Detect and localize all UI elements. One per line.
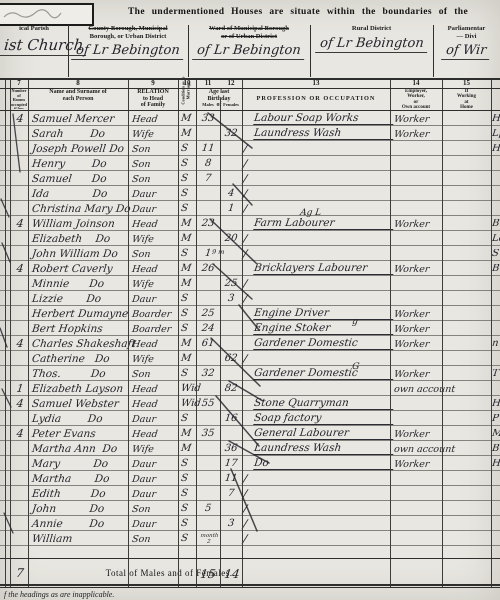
cell-relation: Head (131, 115, 176, 125)
cell-age-female: 11 (221, 474, 240, 484)
cell-condition: M (180, 114, 195, 124)
table-row: 4Charles ShakeshaftHeadM61Gardener Domes… (0, 335, 500, 351)
cell-birthplace-fragment: S (491, 249, 500, 259)
cell-name: Sarah Do (31, 129, 128, 140)
table-row: Mary DoDaurS17DoWorkerH (0, 455, 500, 471)
cell-relation: Boarder (131, 310, 176, 320)
cell-condition: M (180, 429, 195, 439)
cell-condition: S (180, 159, 195, 169)
cell-name: Minnie Do (31, 279, 128, 290)
cell-age-female: 1 (221, 204, 240, 214)
cell-birthplace-fragment: H (491, 114, 500, 124)
cell-birthplace-fragment: B (491, 444, 500, 454)
cell-condition: S (180, 504, 195, 514)
cell-condition: S (180, 189, 195, 199)
cell-employment: Worker (393, 220, 454, 230)
cell-age-male: 32 (197, 369, 218, 379)
cell-relation: Wife (131, 445, 176, 455)
cell-relation: Wife (131, 280, 176, 290)
cell-age-male-months: month 2 (196, 534, 221, 545)
cell-relation: Wife (131, 235, 176, 245)
no-occupation-slash: ∕ (242, 248, 253, 260)
cell-age-male: 8 (197, 159, 218, 169)
cell-employment: Worker (393, 430, 454, 440)
cell-condition: M (180, 279, 195, 289)
cell-occupation: Laundress Wash (253, 443, 394, 455)
cell-relation: Son (131, 370, 176, 380)
cell-age-female: 82 (221, 384, 240, 394)
cell-name: Elizabeth Layson (31, 384, 128, 395)
grid-vline (28, 78, 29, 587)
cell-condition: S (180, 294, 195, 304)
cell-condition: Wid (180, 399, 195, 409)
cell-condition: S (180, 309, 195, 319)
cell-birthplace-fragment: T (491, 369, 500, 379)
cell-name: Thos. Do (31, 369, 128, 380)
cell-name: Mary Do (31, 459, 128, 470)
cell-age-female: 32 (221, 129, 240, 139)
cell-occupation: Soap factory (253, 413, 394, 425)
cell-condition: M (180, 219, 195, 229)
cell-condition: M (180, 354, 195, 364)
cell-condition: S (180, 204, 195, 214)
cell-employment: Worker (393, 460, 454, 470)
cell-condition: S (180, 249, 195, 259)
cell-condition: S (180, 534, 195, 544)
cell-rooms: 4 (11, 398, 28, 409)
cell-birthplace-fragment: H (491, 144, 500, 154)
cell-employment: Worker (393, 370, 454, 380)
cell-occupation: Labour Soap Works (253, 113, 394, 125)
cell-name: Samuel Webster (31, 399, 128, 410)
no-occupation-slash: ∕ (242, 518, 253, 530)
cell-employment: Worker (393, 130, 454, 140)
grid-hline (0, 78, 500, 80)
cell-birthplace-fragment: B (491, 219, 500, 229)
cell-condition: M (180, 234, 195, 244)
cell-occupation: Do (253, 458, 394, 470)
cell-age-male: 5 (197, 504, 218, 514)
totals-females: 14 (221, 568, 242, 580)
no-occupation-slash: ∕ (242, 233, 253, 245)
cell-rooms: 1 (11, 383, 28, 394)
occupation-annotation: G (351, 363, 359, 372)
table-row: Samuel DoSonS7∕ (0, 170, 500, 186)
cell-occupation: Farm Labourer (253, 218, 394, 230)
cell-relation: Daur (131, 490, 176, 500)
cell-age-male: 33 (197, 114, 218, 124)
cell-relation: Daur (131, 475, 176, 485)
cell-occupation: Bricklayers Labourer (253, 263, 394, 275)
table-row: 4Peter EvansHeadM35General LabourerWorke… (0, 425, 500, 441)
table-row: Martha Ann DoWifeM36Laundress Washown ac… (0, 440, 500, 456)
cell-condition: M (180, 339, 195, 349)
cell-name: Peter Evans (31, 429, 128, 440)
cell-condition: S (180, 369, 195, 379)
totals-males: 15 (195, 568, 220, 580)
cell-relation: Daur (131, 460, 176, 470)
cell-employment: Worker (393, 265, 454, 275)
grid-vline (5, 78, 6, 587)
totals-rooms: 7 (11, 567, 28, 579)
cell-birthplace-fragment: M (491, 429, 500, 439)
cell-age-female: 7 (221, 489, 240, 499)
cell-occupation: Gardener Domestic (253, 368, 394, 380)
rows-layer: 4Samuel MercerHeadM33Labour Soap WorksWo… (0, 0, 500, 600)
grid-vline (491, 78, 492, 587)
cell-name: Ida Do (31, 189, 128, 200)
table-row: Lydia DoDaurS16Soap factoryP (0, 410, 500, 426)
cell-relation: Son (131, 160, 176, 170)
cell-age-male: 55 (197, 399, 218, 409)
cell-relation: Son (131, 175, 176, 185)
cell-age-male: 26 (197, 264, 218, 274)
cell-relation: Boarder (131, 325, 176, 335)
grid-vline (390, 78, 391, 587)
cell-condition: S (180, 414, 195, 424)
table-row: Lizzie DoDaurS3∕ (0, 290, 500, 306)
cell-relation: Daur (131, 205, 176, 215)
cell-condition: S (180, 474, 195, 484)
cell-age-male-note: 9 m (212, 249, 225, 256)
grid-hline (0, 558, 500, 559)
census-scan-page: The undermentioned Houses are situate wi… (0, 0, 500, 600)
grid-vline (242, 78, 243, 587)
footer-instruction-fragment: f the headings as are inapplicable. (4, 590, 244, 599)
table-row: Annie DoDaurS3∕ (0, 515, 500, 531)
table-row: John DoSonS5∕ (0, 500, 500, 516)
cell-name: Martha Do (31, 474, 128, 485)
cell-relation: Son (131, 535, 176, 545)
table-row: Edith DoDaurS7∕ (0, 485, 500, 501)
cell-relation: Daur (131, 520, 176, 530)
table-row: Sarah DoWifeM32Laundress WashWorkerLp (0, 125, 500, 141)
cell-relation: Head (131, 220, 176, 230)
table-row: 4William JoinsonHeadM23Farm LabourerAg L… (0, 215, 500, 231)
table-row: John William DoSonS19 m∕S (0, 245, 500, 261)
cell-birthplace-fragment: B (491, 264, 500, 274)
cell-condition: M (180, 264, 195, 274)
grid-vline (178, 78, 179, 587)
cell-age-male: 35 (197, 429, 218, 439)
cell-age-female: 16 (221, 414, 240, 424)
cell-birthplace-fragment: Le (491, 234, 500, 244)
cell-condition: M (180, 129, 195, 139)
cell-name: Martha Ann Do (31, 444, 128, 455)
cell-condition: S (180, 174, 195, 184)
cell-name: William Joinson (31, 219, 128, 230)
table-row: Herbert DumayneBoarderS25Engine DriverWo… (0, 305, 500, 321)
cell-employment: Worker (393, 115, 454, 125)
cell-name: Edith Do (31, 489, 128, 500)
cell-age-female: 25 (221, 279, 240, 289)
cell-age-female: 17 (221, 459, 240, 469)
cell-occupation: Engine Driver (253, 308, 394, 320)
no-occupation-slash: ∕ (242, 278, 253, 290)
cell-age-female: 4 (221, 189, 240, 199)
cell-employment: Worker (393, 310, 454, 320)
cell-relation: Head (131, 400, 176, 410)
table-row: WilliamSonSmonth 2∕ (0, 530, 500, 546)
cell-rooms: 4 (11, 338, 28, 349)
cell-age-male: 24 (197, 324, 218, 334)
cell-birthplace-fragment: H (491, 459, 500, 469)
cell-employment: own account (393, 385, 454, 395)
cell-name: Catherine Do (31, 354, 128, 365)
cell-name: Charles Shakeshaft (31, 339, 128, 350)
cell-rooms: 4 (11, 218, 28, 229)
cell-rooms: 4 (11, 263, 28, 274)
cell-name: Joseph Powell Do (31, 144, 128, 155)
occupation-annotation: Ag L (299, 209, 321, 218)
cell-age-male: 25 (197, 309, 218, 319)
table-row: Martha DoDaurS11∕ (0, 470, 500, 486)
no-occupation-slash: ∕ (242, 503, 253, 515)
table-row: 4Samuel WebsterHeadWid55Stone QuarrymanH (0, 395, 500, 411)
grid-hline (0, 88, 500, 89)
grid-hline (0, 110, 500, 111)
cell-name: Elizabeth Do (31, 234, 128, 245)
no-occupation-slash: ∕ (242, 158, 253, 170)
no-occupation-slash: ∕ (242, 488, 253, 500)
cell-condition: M (180, 444, 195, 454)
grid-vline (128, 78, 129, 587)
cell-rooms: 4 (11, 428, 28, 439)
cell-age-female: 3 (221, 519, 240, 529)
cell-name: Samuel Mercer (31, 114, 128, 125)
cell-age-female: 20 (221, 234, 240, 244)
cell-employment: own account (393, 445, 454, 455)
cell-name: William (31, 534, 128, 545)
grid-hline (0, 584, 500, 586)
cell-age-male: 7 (197, 174, 218, 184)
cell-condition: S (180, 324, 195, 334)
totals-row: 7 Total of Males and of Females... 15 14 (0, 558, 500, 584)
cell-relation: Wife (131, 130, 176, 140)
table-row: Elizabeth DoWifeM20∕Le (0, 230, 500, 246)
cell-rooms: 4 (11, 113, 28, 124)
cell-name: Henry Do (31, 159, 128, 170)
grid-vline (220, 99, 221, 587)
cell-condition: S (180, 144, 195, 154)
cell-relation: Head (131, 265, 176, 275)
cell-name: Samuel Do (31, 174, 128, 185)
cell-employment: Worker (393, 340, 454, 350)
no-occupation-slash: ∕ (242, 293, 253, 305)
cell-name: Herbert Dumayne (31, 309, 128, 320)
cell-age-female: 36 (221, 444, 240, 454)
table-row: 1Elizabeth LaysonHeadWid82own account (0, 380, 500, 396)
cell-relation: Head (131, 340, 176, 350)
cell-relation: Daur (131, 190, 176, 200)
grid-vline (10, 78, 11, 587)
cell-relation: Son (131, 250, 176, 260)
cell-occupation: General Labourer (253, 428, 394, 440)
cell-name: Annie Do (31, 519, 128, 530)
no-occupation-slash: ∕ (242, 473, 253, 485)
cell-name: Lydia Do (31, 414, 128, 425)
table-row: Minnie DoWifeM25∕ (0, 275, 500, 291)
cell-birthplace-fragment: Lp (491, 129, 500, 139)
no-occupation-slash: ∕ (242, 533, 253, 545)
cell-relation: Son (131, 505, 176, 515)
cell-condition: S (180, 459, 195, 469)
cell-condition: S (180, 489, 195, 499)
table-row: Joseph Powell DoSonS11∕H (0, 140, 500, 156)
cell-name: Bert Hopkins (31, 324, 128, 335)
cell-occupation: Laundress Wash (253, 128, 394, 140)
grid-vline (196, 78, 197, 587)
cell-employment: Worker (393, 325, 454, 335)
no-occupation-slash: ∕ (242, 173, 253, 185)
no-occupation-slash: ∕ (242, 188, 253, 200)
cell-name: Christina Mary Do (31, 204, 128, 215)
cell-name: John William Do (31, 249, 128, 260)
cell-relation: Head (131, 430, 176, 440)
cell-occupation: Stone Quarryman (253, 398, 394, 410)
cell-birthplace-fragment: n (491, 339, 500, 349)
no-occupation-slash: ∕ (242, 143, 253, 155)
cell-birthplace-fragment: P (491, 414, 500, 424)
cell-occupation: Gardener Domestic (253, 338, 394, 350)
cell-name: Lizzie Do (31, 294, 128, 305)
cell-relation: Daur (131, 415, 176, 425)
table-row: Ida DoDaurS4∕ (0, 185, 500, 201)
cell-age-male: 11 (197, 144, 218, 154)
cell-relation: Wife (131, 355, 176, 365)
table-row: Thos. DoSonS32Gardener DomesticGWorkerT (0, 365, 500, 381)
table-row: 4Samuel MercerHeadM33Labour Soap WorksWo… (0, 110, 500, 126)
table-row: 4Robert CaverlyHeadM26Bricklayers Labour… (0, 260, 500, 276)
cell-birthplace-fragment: H (491, 399, 500, 409)
table-row: Bert HopkinsBoarderS24Engine StokergWork… (0, 320, 500, 336)
table-row: Henry DoSonS8∕ (0, 155, 500, 171)
cell-relation: Daur (131, 295, 176, 305)
no-occupation-slash: ∕ (242, 203, 253, 215)
cell-age-male: 61 (197, 339, 218, 349)
cell-relation: Head (131, 385, 176, 395)
table-row: Christina Mary DoDaurS1∕ (0, 200, 500, 216)
no-occupation-slash: ∕ (242, 353, 253, 365)
cell-age-female: 3 (221, 294, 240, 304)
cell-condition: S (180, 519, 195, 529)
table-row: Catherine DoWifeM62∕ (0, 350, 500, 366)
cell-age-male: 23 (197, 219, 218, 229)
cell-name: Robert Caverly (31, 264, 128, 275)
cell-occupation: Engine Stoker (253, 323, 394, 335)
cell-relation: Son (131, 145, 176, 155)
cell-name: John Do (31, 504, 128, 515)
grid-vline (442, 78, 443, 587)
cell-condition: Wid (180, 384, 195, 394)
occupation-annotation: g (351, 318, 358, 327)
cell-age-female: 62 (221, 354, 240, 364)
grid-hline (0, 587, 500, 588)
